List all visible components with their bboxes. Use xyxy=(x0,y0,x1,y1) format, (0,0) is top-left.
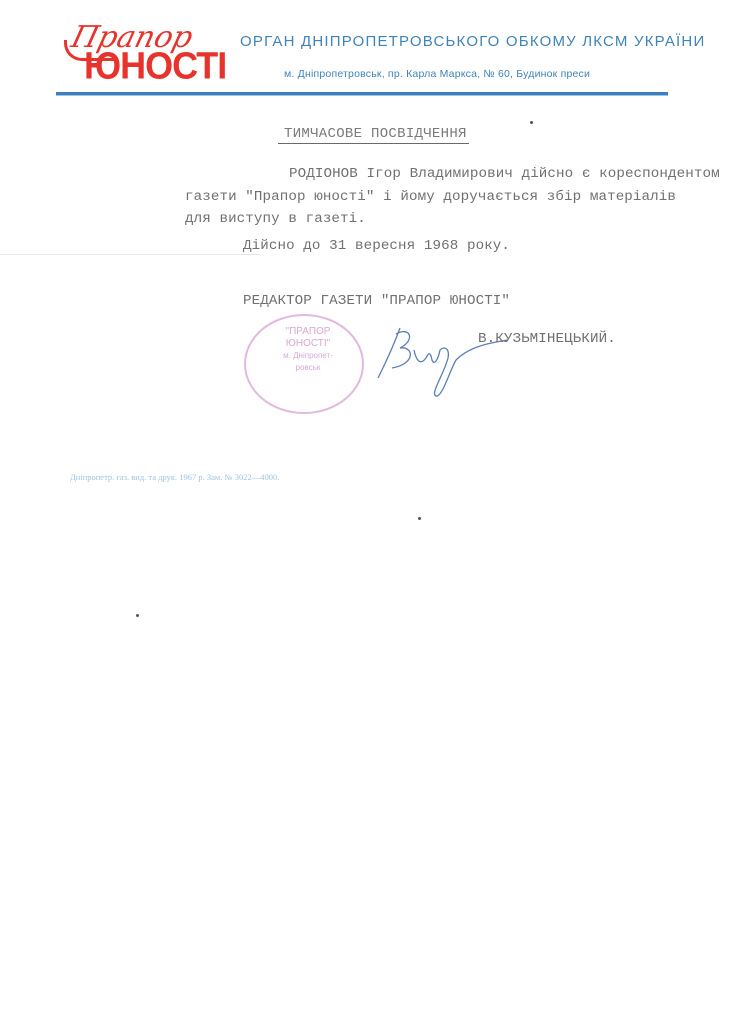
letterhead-rule xyxy=(56,92,668,95)
address: м. Дніпропетровськ, пр. Карла Маркса, № … xyxy=(284,68,590,80)
editor-title: РЕДАКТОР ГАЗЕТИ "ПРАПОР ЮНОСТІ" xyxy=(243,293,510,309)
document-title: ТИМЧАСОВЕ ПОСВІДЧЕННЯ xyxy=(278,126,469,144)
speck xyxy=(418,517,421,520)
body-line-3: для виступу в газеті. xyxy=(185,211,366,227)
speck xyxy=(136,614,139,617)
validity-line: Дійсно до 31 вересня 1968 року. xyxy=(243,238,510,254)
stamp-text: "ПРАПОР ЮНОСТІ" м. Дніпропет- ровськ xyxy=(280,326,336,374)
stamp-line-2: ЮНОСТІ" xyxy=(280,338,336,350)
body-line-2: газети "Прапор юності" і йому доручаєтьс… xyxy=(185,189,676,205)
stamp-line-4: ровськ xyxy=(280,362,336,374)
fold-line xyxy=(0,254,260,255)
org-title: ОРГАН ДНІПРОПЕТРОВСЬКОГО ОБКОМУ ЛКСМ УКР… xyxy=(240,33,705,50)
editor-name: В.КУЗЬМІНЕЦЬКИЙ. xyxy=(478,331,616,347)
logo-yunosti: ЮНОСТІ xyxy=(84,45,229,87)
stamp-line-1: "ПРАПОР xyxy=(280,326,336,338)
body-line-1: РОДІОНОВ Ігор Владимирович дійсно є коре… xyxy=(289,166,720,182)
speck xyxy=(530,121,533,124)
printer-imprint: Дніпропетр. газ. вид. та друк. 1967 р. З… xyxy=(70,472,279,482)
stamp-line-3: м. Дніпропет- xyxy=(280,350,336,362)
